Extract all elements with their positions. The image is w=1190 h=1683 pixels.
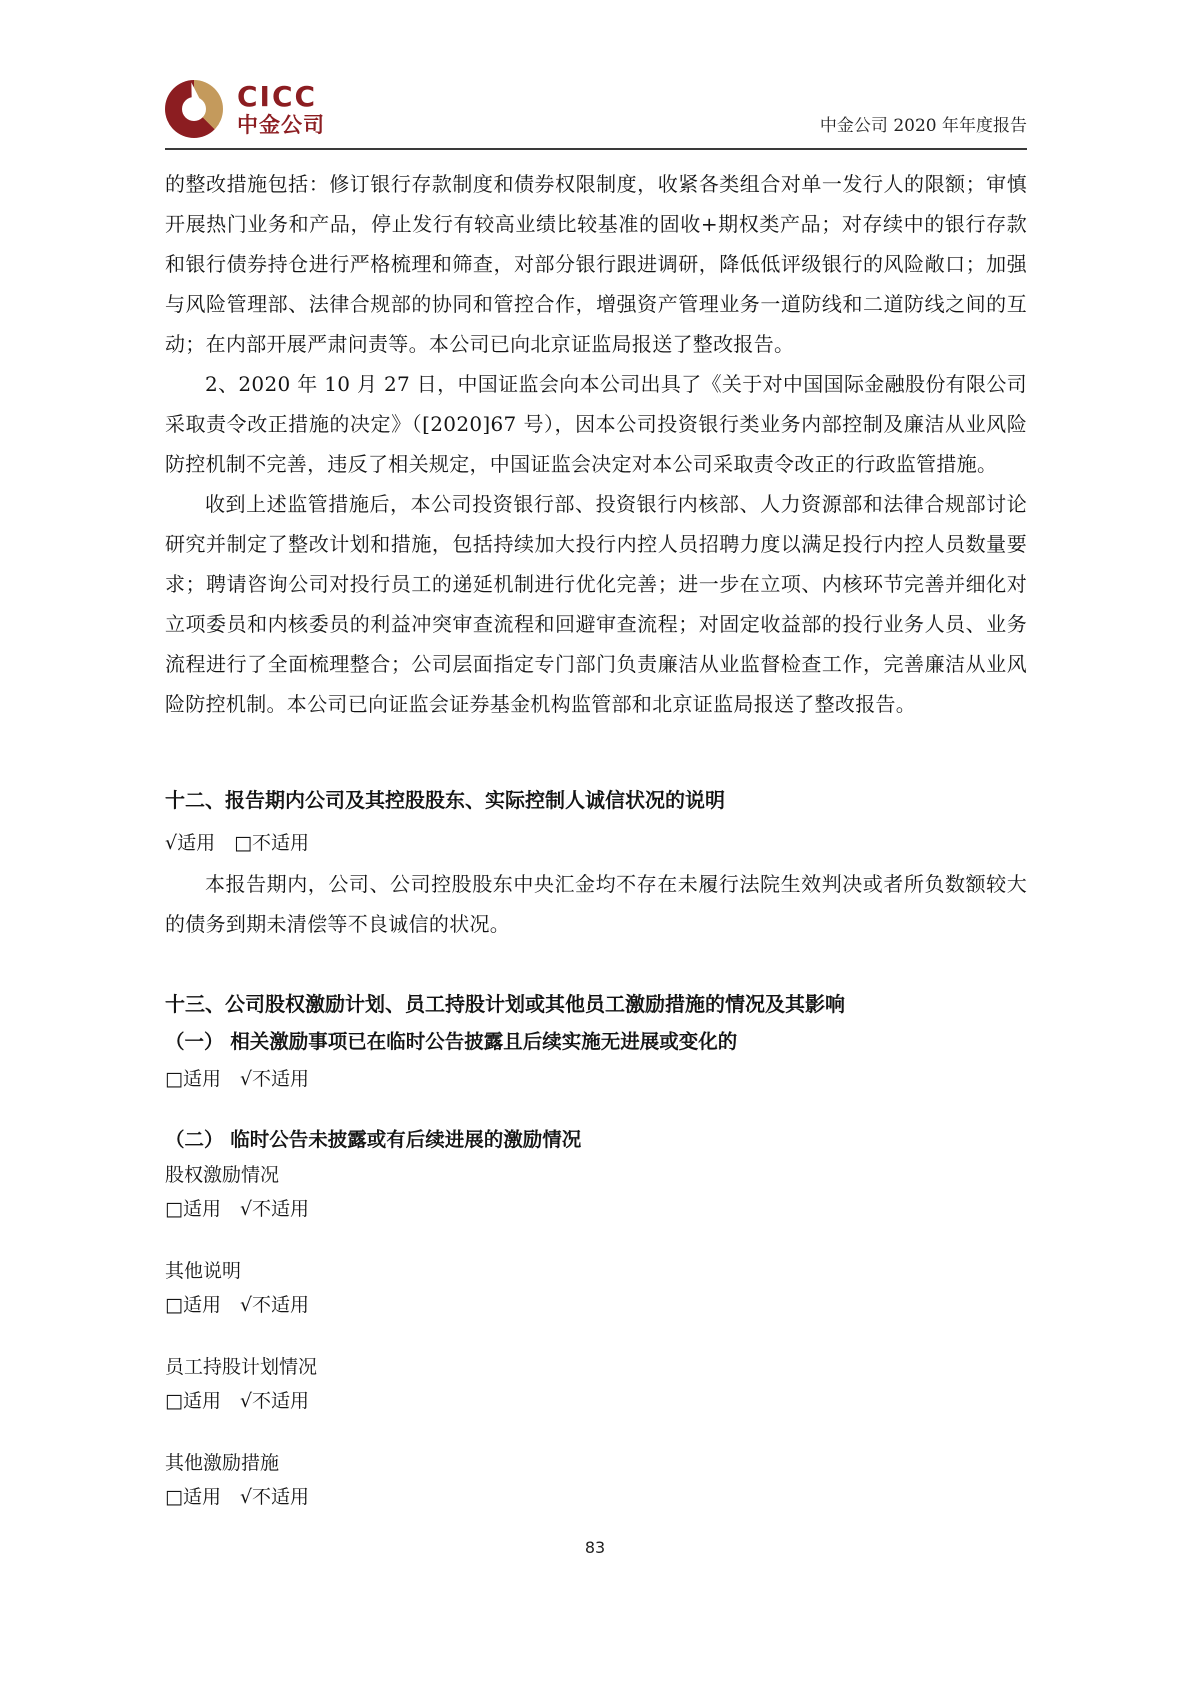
report-page: CICC 中金公司 中金公司 2020 年年度报告 的整改措施包括：修订银行存款… — [0, 0, 1190, 1683]
paragraph-rectification-plan: 收到上述监管措施后，本公司投资银行部、投资银行内核部、人力资源部和法律合规部讨论… — [165, 484, 1027, 724]
logo-text-en: CICC — [237, 83, 325, 111]
integrity-applicability-line: √适用 □不适用 — [165, 826, 1027, 860]
logo-text-zh: 中金公司 — [237, 115, 325, 136]
cicc-logo-icon — [165, 80, 223, 138]
incentive-item-applicability-esop: □适用 √不适用 — [165, 1384, 1027, 1418]
page-number: 83 — [0, 1538, 1190, 1557]
incentive-item-label-equity: 股权激励情况 — [165, 1158, 1027, 1192]
cicc-logo: CICC 中金公司 — [165, 80, 325, 138]
incentive-item-applicability-equity: □适用 √不适用 — [165, 1192, 1027, 1226]
report-title: 中金公司 2020 年年度报告 — [820, 111, 1027, 138]
section-heading-incentive: 十三、公司股权激励计划、员工持股计划或其他员工激励措施的情况及其影响 — [165, 990, 1027, 1018]
subsection-heading-undisclosed: （二） 临时公告未披露或有后续进展的激励情况 — [165, 1126, 1027, 1154]
page-header: CICC 中金公司 中金公司 2020 年年度报告 — [165, 0, 1027, 150]
paragraph-remediation-measures: 的整改措施包括：修订银行存款制度和债券权限制度，收紧各类组合对单一发行人的限额；… — [165, 164, 1027, 364]
incentive-item-label-other-notes: 其他说明 — [165, 1254, 1027, 1288]
section-heading-integrity: 十二、报告期内公司及其控股股东、实际控制人诚信状况的说明 — [165, 786, 1027, 814]
incentive-item-label-other-measures: 其他激励措施 — [165, 1446, 1027, 1480]
incentive-item-applicability-other-notes: □适用 √不适用 — [165, 1288, 1027, 1322]
logo-wordmark: CICC 中金公司 — [237, 83, 325, 136]
incentive-item-applicability-other-measures: □适用 √不适用 — [165, 1480, 1027, 1514]
paragraph-csrc-decision: 2、2020 年 10 月 27 日，中国证监会向本公司出具了《关于对中国国际金… — [165, 364, 1027, 484]
disclosed-applicability-line: □适用 √不适用 — [165, 1062, 1027, 1096]
paragraph-integrity-status: 本报告期内，公司、公司控股股东中央汇金均不存在未履行法院生效判决或者所负数额较大… — [165, 864, 1027, 944]
subsection-heading-disclosed: （一） 相关激励事项已在临时公告披露且后续实施无进展或变化的 — [165, 1028, 1027, 1056]
incentive-item-label-esop: 员工持股计划情况 — [165, 1350, 1027, 1384]
